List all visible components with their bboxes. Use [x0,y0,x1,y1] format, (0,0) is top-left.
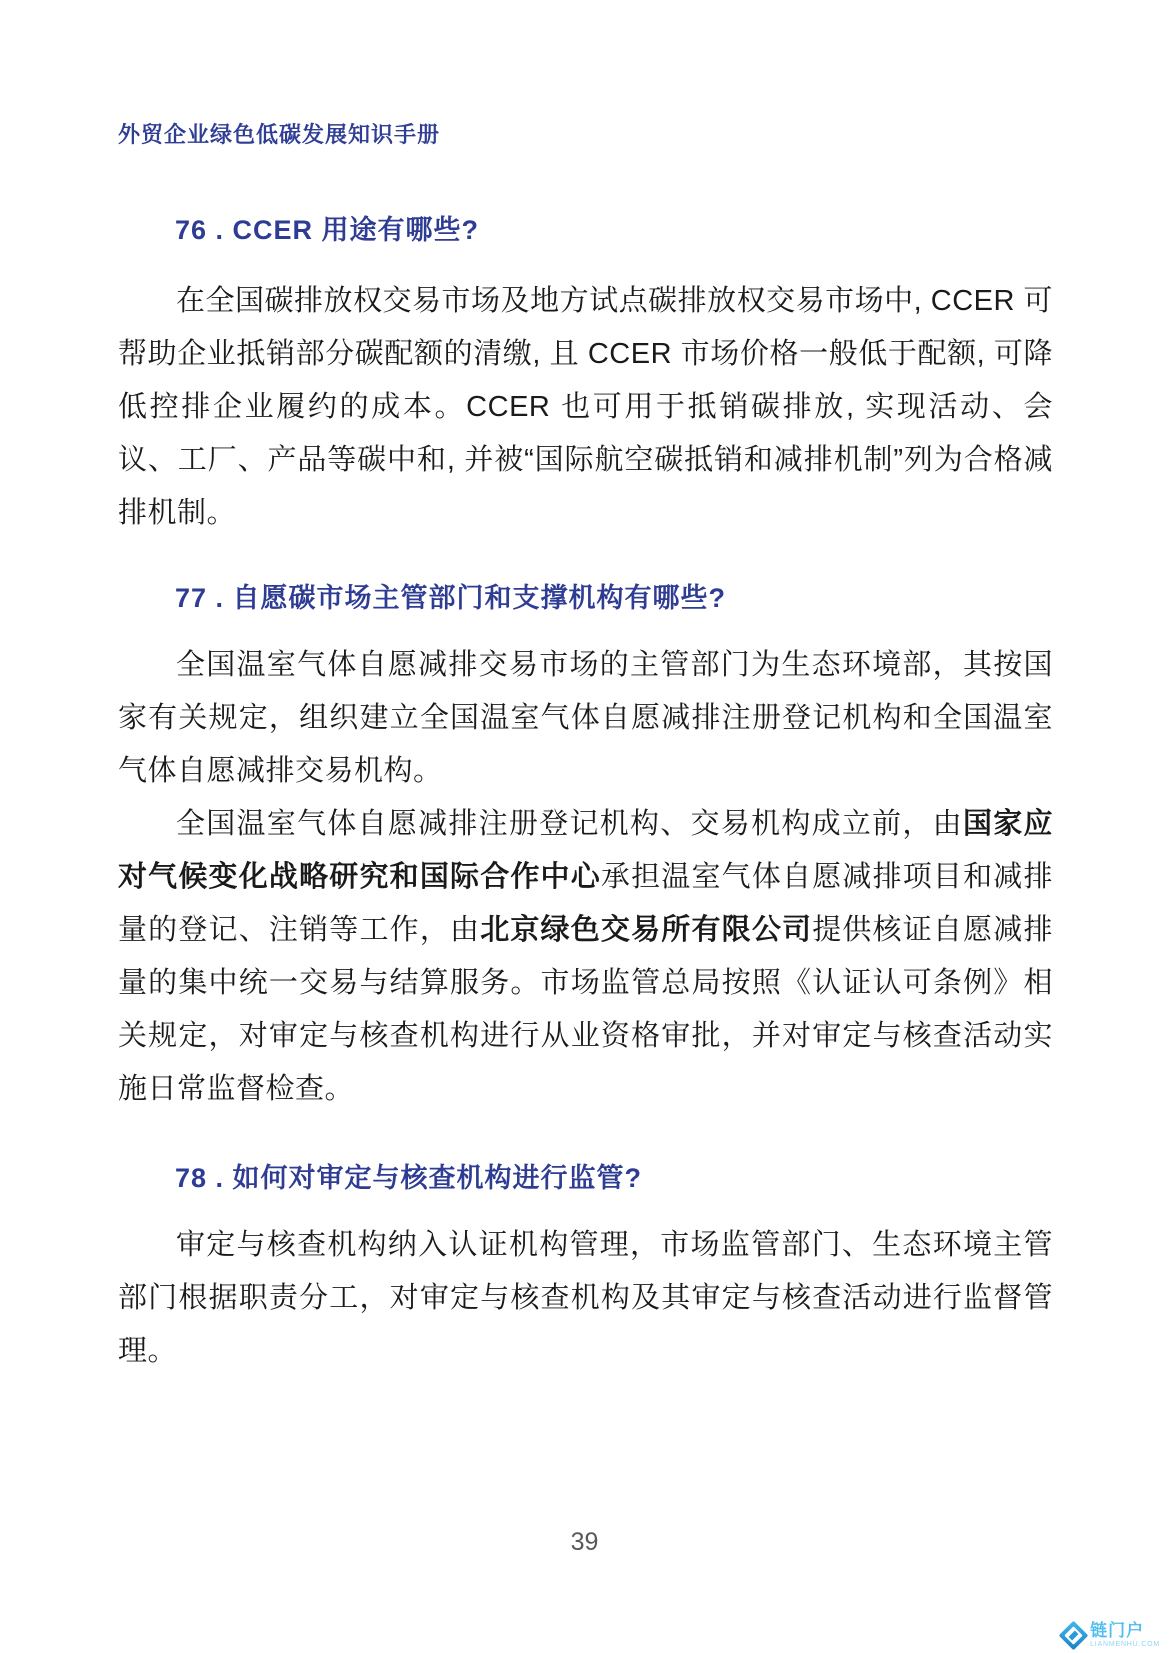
lianmenhu-logo[interactable]: 链门户 LIANMENHU.COM [1063,1622,1160,1648]
logo-site-domain: LIANMENHU.COM [1090,1641,1160,1648]
section-78: 78 . 如何对审定与核查机构进行监管? 审定与核查机构纳入认证机构管理，市场监… [118,1160,1053,1378]
paragraph-76: 在全国碳排放权交易市场及地方试点碳排放权交易市场中, CCER 可帮助企业抵销部… [118,275,1053,540]
question-heading-78: 78 . 如何对审定与核查机构进行监管? [118,1160,1053,1196]
logo-site-name: 链门户 [1090,1622,1160,1639]
question-heading-77: 77 . 自愿碳市场主管部门和支撑机构有哪些? [118,580,1053,616]
section-77: 77 . 自愿碳市场主管部门和支撑机构有哪些? 全国温室气体自愿减排交易市场的主… [118,580,1053,1116]
document-page: 外贸企业绿色低碳发展知识手册 76 . CCER 用途有哪些? 在全国碳排放权交… [0,0,1169,1653]
section-76: 76 . CCER 用途有哪些? 在全国碳排放权交易市场及地方试点碳排放权交易市… [118,212,1053,540]
paragraph-77-2-run-4-bold: 北京绿色交易所有限公司 [480,914,812,946]
paragraph-78: 审定与核查机构纳入认证机构管理，市场监管部门、生态环境主管部门根据职责分工，对审… [118,1219,1053,1378]
document-header-title: 外贸企业绿色低碳发展知识手册 [118,0,1053,148]
paragraph-77-2-run-1: 全国温室气体自愿减排注册登记机构、交易机构成立前，由 [176,808,963,840]
question-heading-76: 76 . CCER 用途有哪些? [118,212,1053,248]
page-content: 外贸企业绿色低碳发展知识手册 76 . CCER 用途有哪些? 在全国碳排放权交… [0,0,1169,1378]
paragraph-77-1: 全国温室气体自愿减排交易市场的主管部门为生态环境部，其按国家有关规定，组织建立全… [118,639,1053,798]
page-number: 39 [0,1528,1169,1557]
diamond-icon [1059,1620,1089,1650]
paragraph-77-2: 全国温室气体自愿减排注册登记机构、交易机构成立前，由国家应对气候变化战略研究和国… [118,798,1053,1116]
logo-text-block: 链门户 LIANMENHU.COM [1090,1622,1160,1648]
